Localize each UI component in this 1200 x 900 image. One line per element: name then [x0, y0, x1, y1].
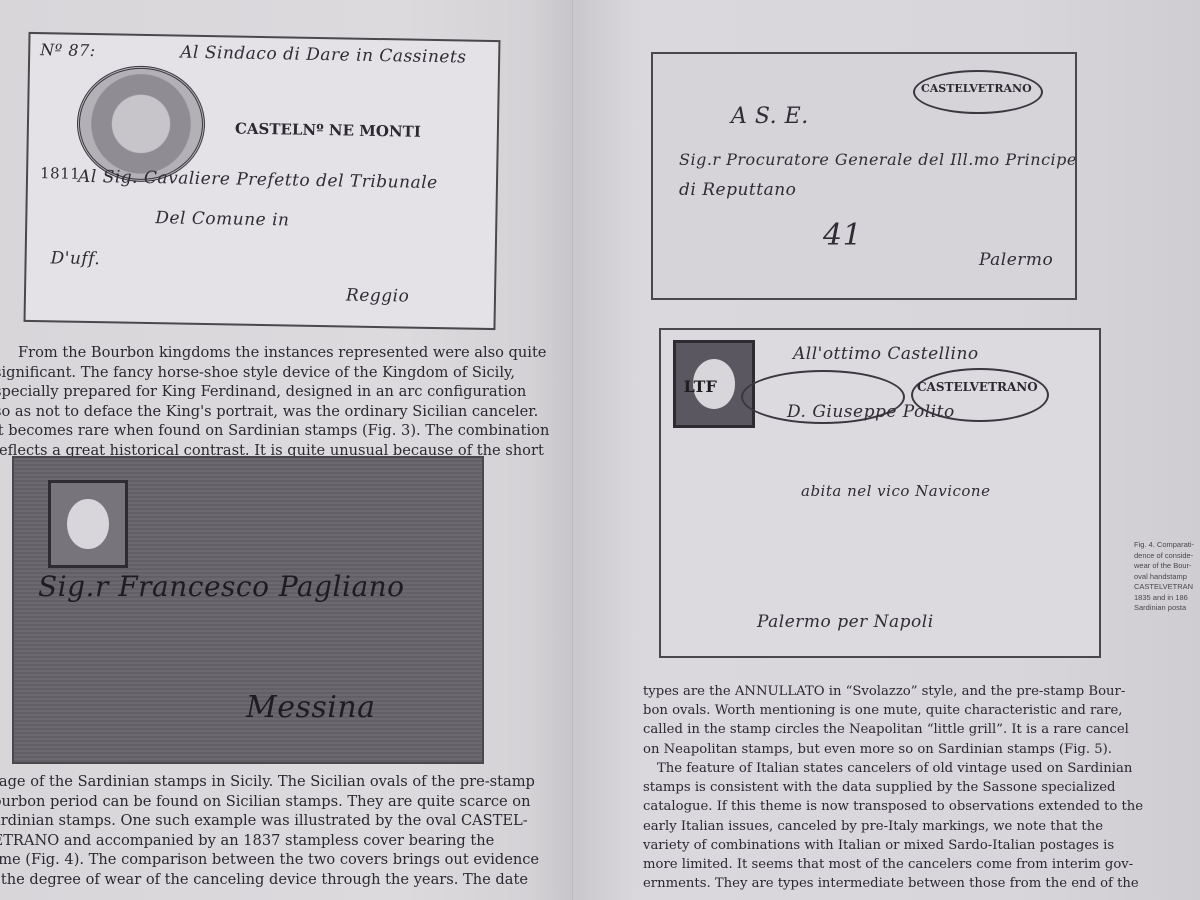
figure-4-caption: Fig. 4. Comparati- dence of conside- wea…	[1134, 540, 1194, 614]
figure-4a-address-line1: Sig.r Procuratore Generale del Ill.mo Pr…	[679, 150, 1077, 169]
figure-4a-rate: 41	[823, 218, 862, 253]
royal-seal	[76, 65, 206, 183]
stamp-cancel-text: LTF	[684, 377, 717, 396]
cover-address-line2: Del Comune in	[155, 208, 289, 230]
castelvetrano-handstamp-1: CASTELVETRANO	[921, 82, 1032, 95]
stamp-portrait	[67, 499, 108, 548]
figure-4b-address-line3: abita nel vico Navicone	[801, 482, 990, 500]
figure-4a-stampless-cover: CASTELVETRANO A S. E. Sig.r Procuratore …	[651, 52, 1077, 300]
figure-4b-address-line2: D. Giuseppe Polito	[787, 402, 955, 422]
cover-address-line1: Al Sig. Cavaliere Prefetto del Tribunale	[78, 167, 438, 193]
cover-destination: Reggio	[346, 285, 410, 306]
figure-3-destination: Messina	[246, 690, 376, 725]
cover-number-note: Nº 87:	[40, 40, 96, 60]
figure-4b-destination: Palermo per Napoli	[757, 612, 934, 632]
figure-3-cover: Sig.r Francesco Pagliano Messina	[12, 456, 484, 764]
figure-4b-address-line1: All'ottimo Castellino	[793, 344, 979, 364]
castelvetrano-handstamp-2: CASTELVETRANO	[917, 380, 1038, 394]
sardinian-stamp	[48, 480, 128, 568]
castelnovo-handstamp: CASTELNº NE MONTI	[235, 120, 421, 141]
left-page: Nº 87: Al Sindaco di Dare in Cassinets C…	[0, 0, 575, 900]
figure-4a-salutation: A S. E.	[731, 104, 809, 129]
figure-4a-destination: Palermo	[979, 250, 1053, 270]
figure-3-address: Sig.r Francesco Pagliano	[38, 570, 405, 603]
right-paragraph-2: The feature of Italian states cancelers …	[643, 759, 1163, 893]
sardinian-stamp-castelvetrano: LTF	[673, 340, 755, 428]
cover-top-script: Al Sindaco di Dare in Cassinets	[180, 43, 467, 68]
cover-year-note: 1811	[40, 164, 80, 183]
right-paragraph-1: types are the ANNULLATO in “Svolazzo” st…	[643, 682, 1163, 759]
left-paragraph-2: usage of the Sardinian stamps in Sicily.…	[0, 772, 562, 889]
cover-left-note: D'uff.	[50, 248, 100, 269]
left-paragraph-1: From the Bourbon kingdoms the instances …	[0, 343, 560, 460]
figure-4a-address-line2: di Reputtano	[679, 180, 796, 200]
figure-4b-cover: LTF All'ottimo Castellino CASTELVETRANO …	[659, 328, 1101, 658]
figure-castelnovo-cover: Nº 87: Al Sindaco di Dare in Cassinets C…	[24, 32, 501, 330]
right-page: CASTELVETRANO A S. E. Sig.r Procuratore …	[573, 0, 1200, 900]
